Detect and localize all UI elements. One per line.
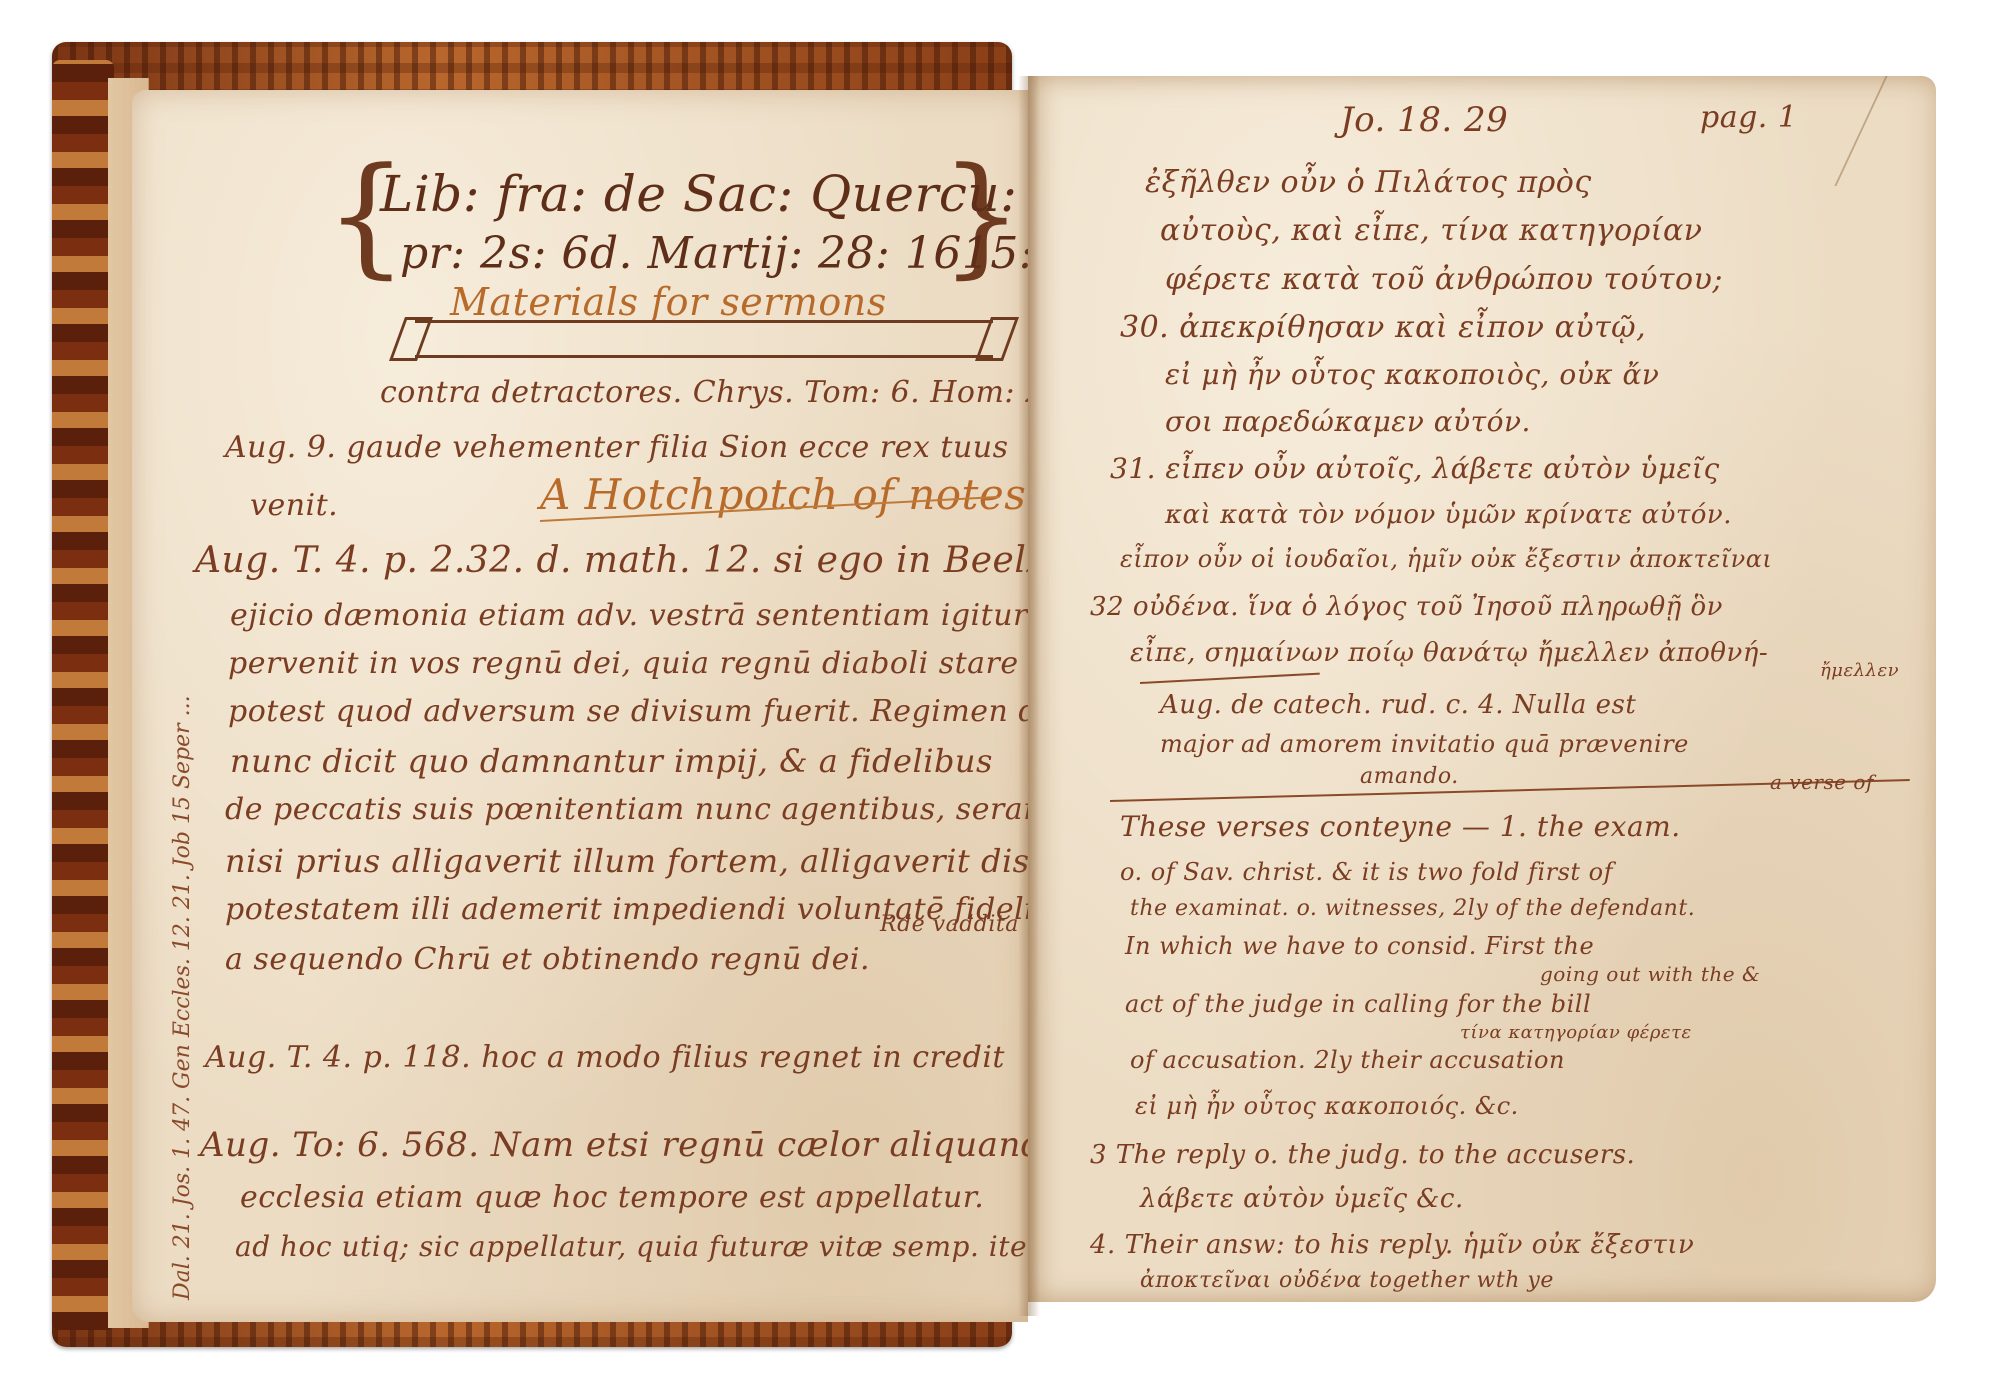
right-line: These verses conteyne — 1. the exam. [1120, 810, 1681, 843]
right-line: going out with the & [1540, 962, 1760, 986]
right-line: major ad amorem invitatio quā prævenire [1160, 730, 1689, 758]
right-line: 31. εἶπεν οὖν αὐτοῖς, λάβετε αὐτὸν ὑμεῖς [1110, 452, 1720, 485]
scroll-banner-ornament [415, 320, 993, 358]
decorated-spine [52, 60, 114, 1330]
right-line: o. of Sav. christ. & it is two fold firs… [1120, 858, 1613, 886]
right-line: ἐξῆλθεν οὖν ὁ Πιλάτος πρὸς [1145, 165, 1592, 200]
ownership-line-2: pr: 2s: 6d. Martij: 28: 1615: [400, 228, 1034, 279]
right-line: 4. Their answ: to his reply. ἡμῖν οὐκ ἔξ… [1090, 1230, 1694, 1260]
left-line: nunc dicit quo damnantur impij, & a fide… [230, 742, 993, 780]
left-line: venit. [250, 488, 338, 523]
ownership-line-1: Lib: fra: de Sac: Quercu: [380, 165, 1017, 223]
left-line: ecclesia etiam quæ hoc tempore est appel… [240, 1180, 984, 1215]
page-number-label: pag. 1 [1700, 100, 1797, 135]
hotchpotch-heading: A Hotchpotch of notes [540, 470, 1026, 519]
left-line: a sequendo Chrū et obtinendo regnū dei. [225, 942, 870, 977]
scripture-reference: Jo. 18. 29 [1340, 100, 1508, 140]
right-line: of accusation. 2ly their accusation [1130, 1046, 1565, 1074]
right-line: 30. ἀπεκρίθησαν καὶ εἶπον αὐτῷ, [1120, 310, 1646, 345]
right-line: 32 οὐδένα. ἵνα ὁ λόγος τοῦ Ἰησοῦ πληρωθῇ… [1090, 592, 1723, 622]
right-line: φέρετε κατὰ τοῦ ἀνθρώπου τούτου; [1165, 262, 1723, 297]
right-line: εἶπε, σημαίνων ποίῳ θανάτῳ ἤμελλεν ἀποθν… [1130, 638, 1768, 668]
left-line: Aug. T. 4. p. 118. hoc a modo filius reg… [205, 1040, 1005, 1075]
margin-annotation: ἤμελλεν [1820, 660, 1899, 681]
left-line: Aug. 9. gaude vehementer filia Sion ecce… [225, 430, 1008, 465]
right-line: καὶ κατὰ τὸν νόμον ὑμῶν κρίνατε αὐτόν. [1165, 500, 1732, 530]
right-line: λάβετε αὐτὸν ὑμεῖς &c. [1140, 1184, 1464, 1214]
left-line: Aug. To: 6. 568. Nam etsi regnū cælor al… [200, 1125, 1043, 1165]
right-line: τίνα κατηγορίαν φέρετε [1460, 1022, 1692, 1043]
right-line: 3 The reply o. the judg. to the accusers… [1090, 1140, 1635, 1170]
right-line: amando. [1360, 764, 1459, 789]
left-line: ejicio dæmonia etiam adv. vestrā sentent… [230, 598, 1028, 633]
left-line: de peccatis suis pœnitentiam nunc agenti… [225, 792, 1104, 827]
left-line: ad hoc utiq; sic appellatur, quia futuræ… [235, 1230, 1087, 1263]
banner-title: Materials for sermons [450, 280, 887, 324]
margin-annotation: a verse of [1770, 770, 1874, 794]
margin-note: Rde vaddita [880, 912, 1019, 937]
right-line: αὐτοὺς, καὶ εἶπε, τίνα κατηγορίαν [1160, 213, 1703, 248]
left-line: Aug. T. 4. p. 2.32. d. math. 12. si ego … [195, 540, 1115, 581]
right-line: In which we have to consid. First the [1125, 932, 1594, 960]
left-line: nisi prius alligaverit illum fortem, all… [225, 842, 1072, 880]
vertical-margin-note: Dal. 21. Jos. 1. 47. Gen Eccles. 12. 21.… [170, 695, 195, 1300]
right-line: εἶπον οὖν οἱ ἰουδαῖοι, ἡμῖν οὐκ ἔξεστιν … [1120, 545, 1772, 573]
right-line: σοι παρεδώκαμεν αὐτόν. [1165, 405, 1531, 438]
left-line: pervenit in vos regnū dei, quia regnū di… [228, 646, 1067, 681]
right-line: ἀποκτεῖναι οὐδένα together wth ye [1140, 1268, 1554, 1293]
left-line: contra detractores. Chrys. Tom: 6. Hom: … [380, 375, 1064, 410]
gutter-shadow [1018, 76, 1040, 1316]
right-line: εἰ μὴ ἦν οὗτος κακοποιὸς, οὐκ ἄν [1165, 358, 1659, 391]
right-line: Aug. de catech. rud. c. 4. Nulla est [1160, 690, 1636, 720]
right-line: the examinat. o. witnesses, 2ly of the d… [1130, 896, 1695, 921]
right-line: act of the judge in calling for the bill [1125, 990, 1591, 1018]
left-line: potest quod adversum se divisum fuerit. … [228, 694, 1066, 729]
right-line: εἰ μὴ ἦν οὗτος κακοποιός. &c. [1135, 1092, 1519, 1120]
